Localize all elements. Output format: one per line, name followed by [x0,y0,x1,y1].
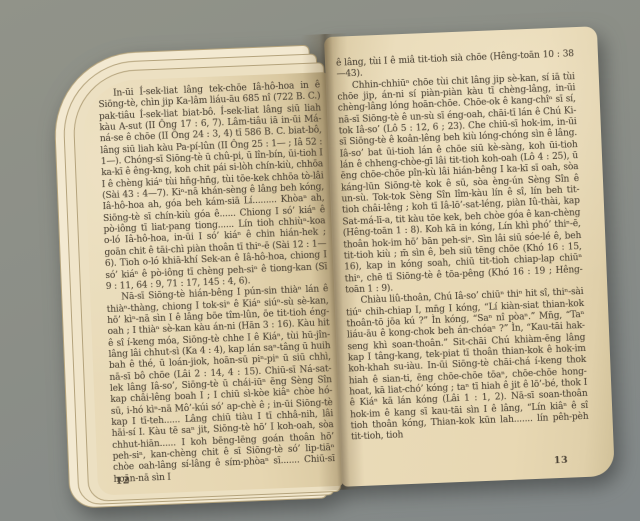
left-page-number: 12 [115,475,130,487]
right-page: ê lâng, tùi I ê miâ tit-tioh sià chōe (H… [324,26,615,487]
open-book: In-ūi Í-sek-liat lâng tek-chōe Iâ-hô-hoa… [43,17,621,505]
left-page: In-ūi Í-sek-liat lâng tek-chōe Iâ-hô-hoa… [82,72,343,495]
right-page-number: 13 [554,455,569,467]
paragraph: Nā-sī Siōng-tè hián-bêng I pún-sin thiàⁿ… [106,284,336,486]
paragraph: Chiàu liû-thoân, Chú Iâ-so’ chiūⁿ thiⁿ h… [345,287,589,444]
left-page-text: In-ūi Í-sek-liat lâng tek-chōe Iâ-hô-hoa… [98,80,336,486]
paragraph: In-ūi Í-sek-liat lâng tek-chōe Iâ-hô-hoa… [98,80,328,293]
right-page-text: ê lâng, tùi I ê miâ tit-tioh sià chōe (H… [336,49,589,444]
paragraph: Chhin-chhiūⁿ chōe tùi chit lâng jip sè-k… [337,72,583,297]
